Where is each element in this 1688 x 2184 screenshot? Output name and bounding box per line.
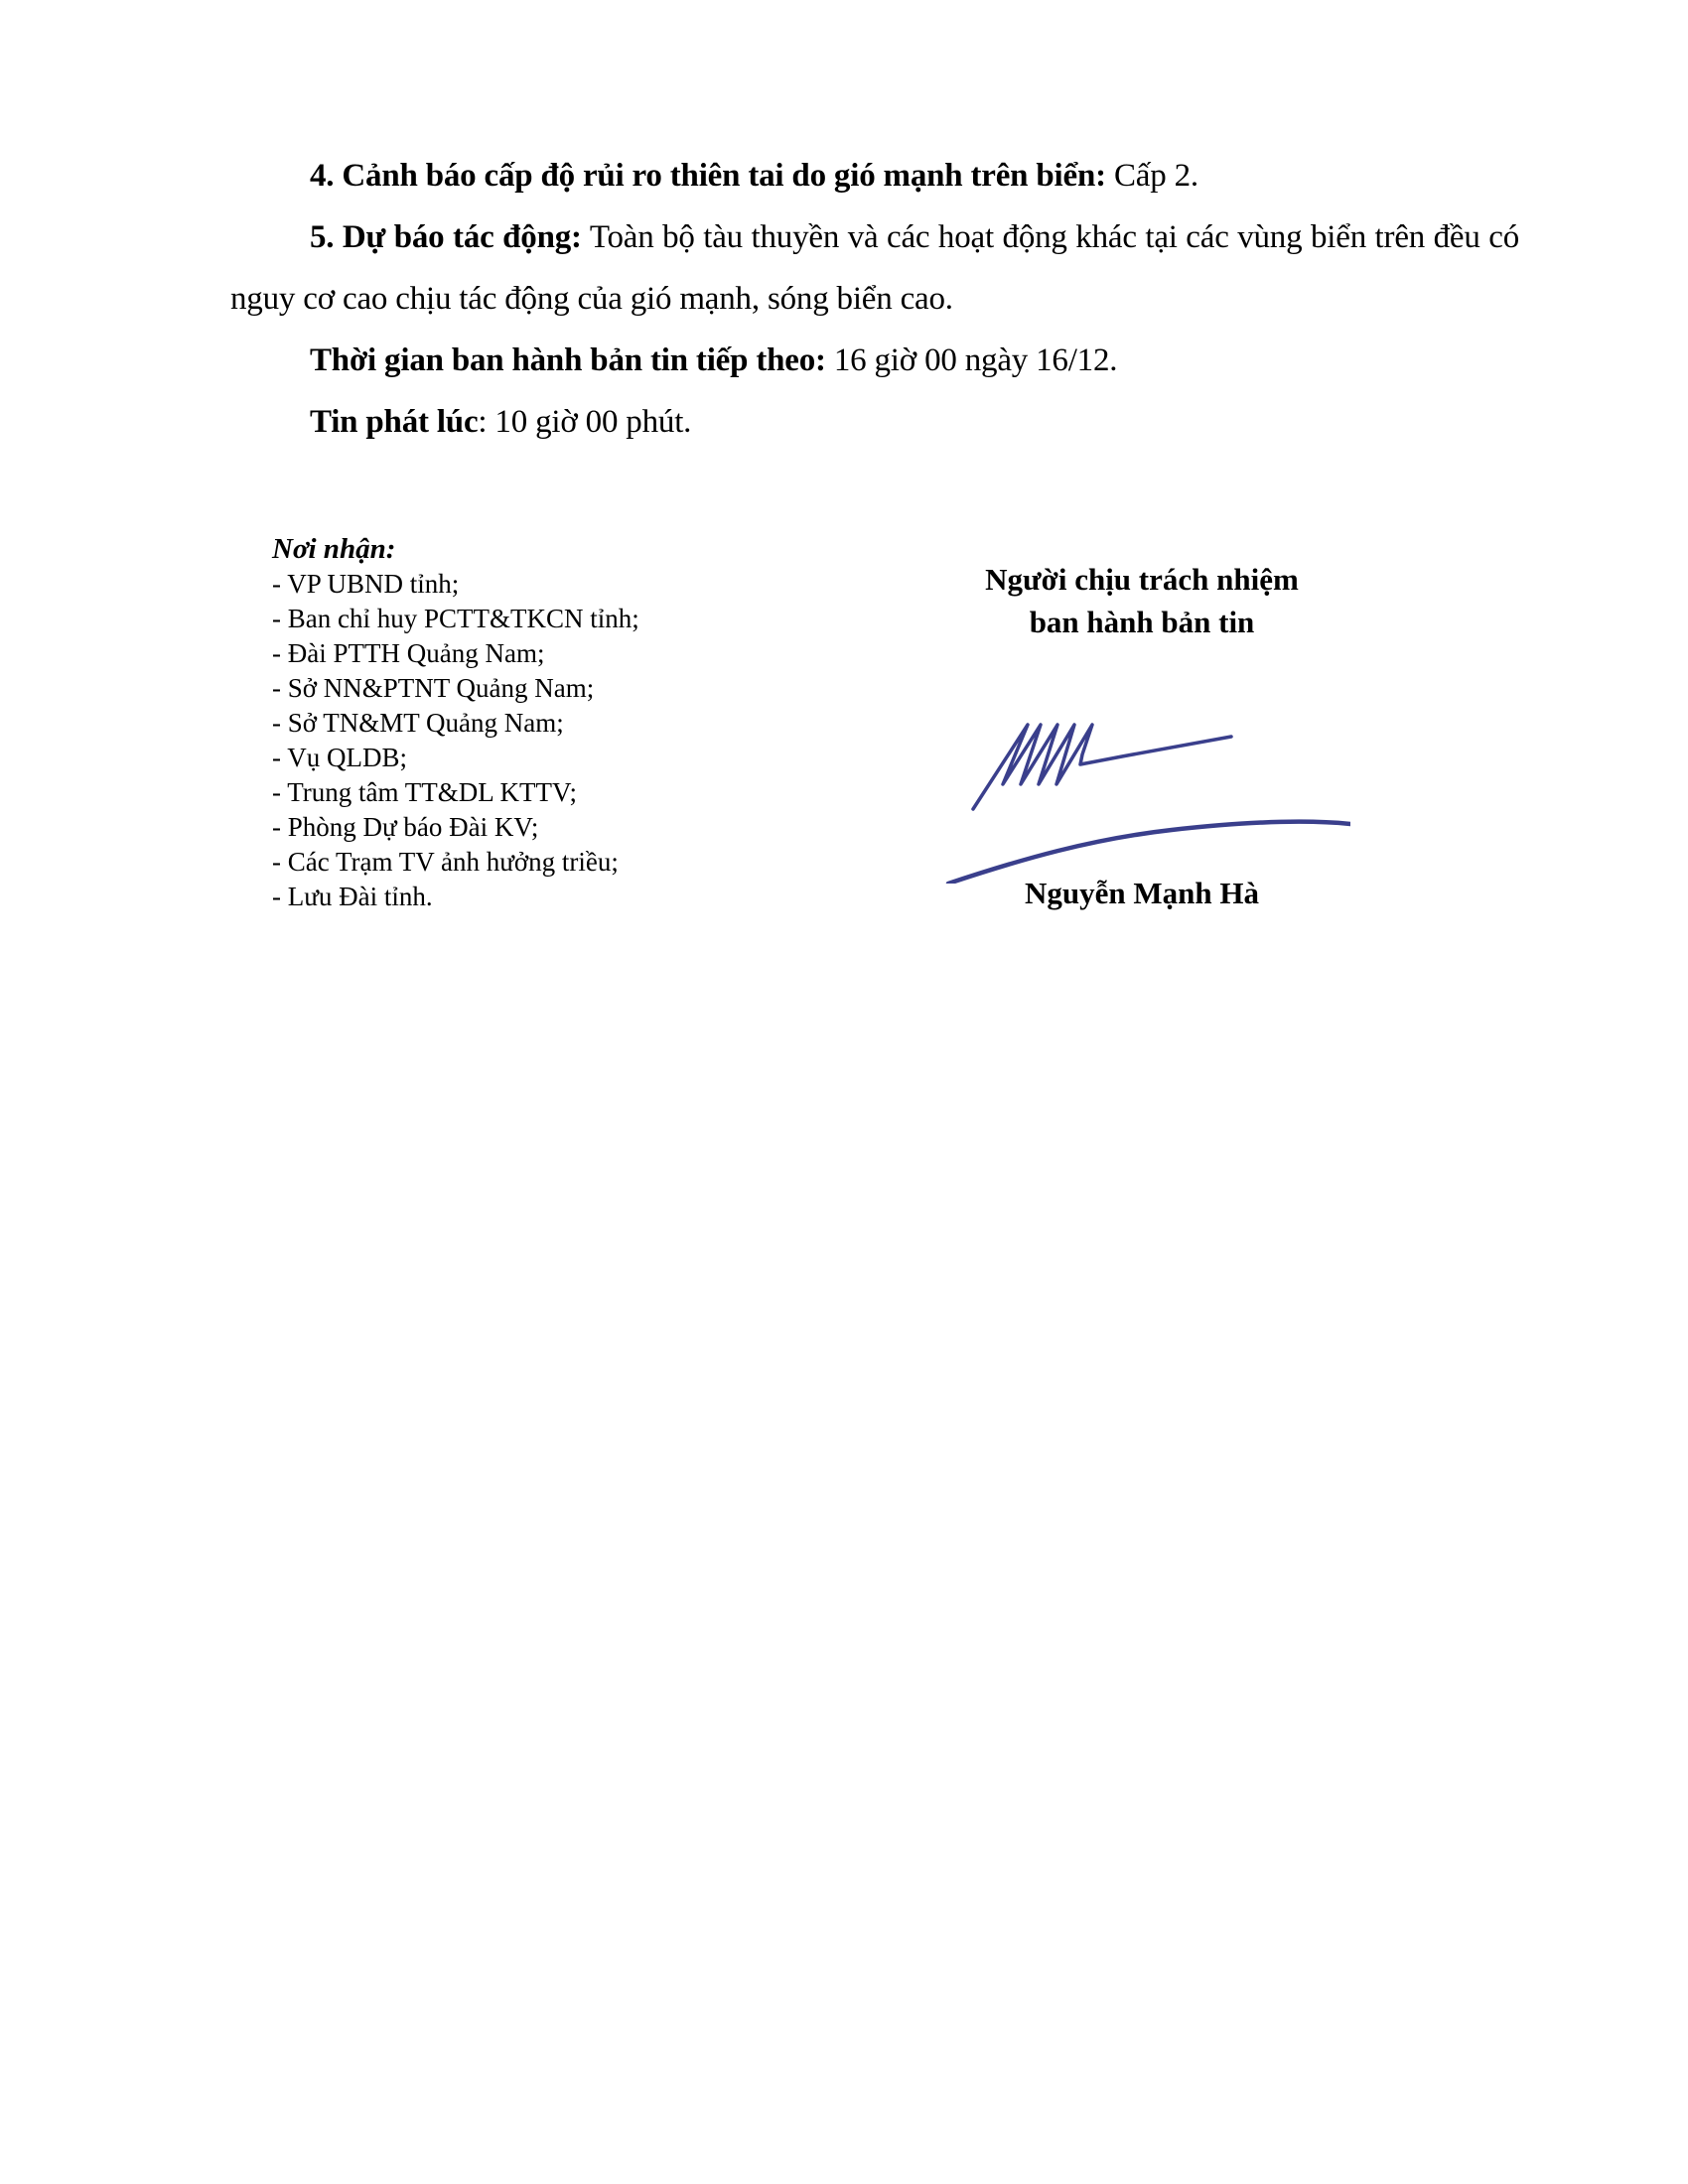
recipient-item: - Trung tâm TT&DL KTTV;: [272, 775, 788, 810]
recipient-item: - Ban chỉ huy PCTT&TKCN tỉnh;: [272, 602, 788, 636]
next-bulletin-label: Thời gian ban hành bản tin tiếp theo:: [310, 342, 826, 378]
risk-level-paragraph: 4. Cảnh báo cấp độ rủi ro thiên tai do g…: [230, 145, 1521, 206]
handwritten-signature: [933, 685, 1350, 884]
signature-title-line2: ban hành bản tin: [894, 601, 1390, 643]
impact-forecast-paragraph: 5. Dự báo tác động: Toàn bộ tàu thuyền v…: [230, 206, 1519, 330]
next-bulletin-paragraph: Thời gian ban hành bản tin tiếp theo: 16…: [230, 330, 1521, 391]
issued-at-value: : 10 giờ 00 phút.: [478, 404, 691, 440]
recipient-item: - Vụ QLDB;: [272, 741, 788, 775]
recipient-item: - Sở NN&PTNT Quảng Nam;: [272, 671, 788, 706]
recipients-list: Nơi nhận: - VP UBND tỉnh; - Ban chỉ huy …: [272, 532, 788, 914]
recipient-item: - VP UBND tỉnh;: [272, 567, 788, 602]
recipient-item: - Các Trạm TV ảnh hưởng triều;: [272, 845, 788, 880]
issued-at-paragraph: Tin phát lúc: 10 giờ 00 phút.: [230, 391, 1521, 453]
recipient-item: - Sở TN&MT Quảng Nam;: [272, 706, 788, 741]
signer-name: Nguyễn Mạnh Hà: [894, 874, 1390, 913]
recipient-item: - Lưu Đài tỉnh.: [272, 880, 788, 914]
issued-at-label: Tin phát lúc: [310, 404, 478, 440]
signature-title: Người chịu trách nhiệm ban hành bản tin: [894, 558, 1390, 643]
signature-title-line1: Người chịu trách nhiệm: [894, 558, 1390, 601]
recipients-title: Nơi nhận:: [272, 532, 788, 567]
recipient-item: - Phòng Dự báo Đài KV;: [272, 810, 788, 845]
risk-level-label: 4. Cảnh báo cấp độ rủi ro thiên tai do g…: [310, 158, 1106, 194]
next-bulletin-value: 16 giờ 00 ngày 16/12.: [826, 342, 1118, 378]
recipient-item: - Đài PTTH Quảng Nam;: [272, 636, 788, 671]
risk-level-value: Cấp 2.: [1106, 158, 1198, 194]
impact-forecast-label: 5. Dự báo tác động:: [310, 219, 582, 255]
